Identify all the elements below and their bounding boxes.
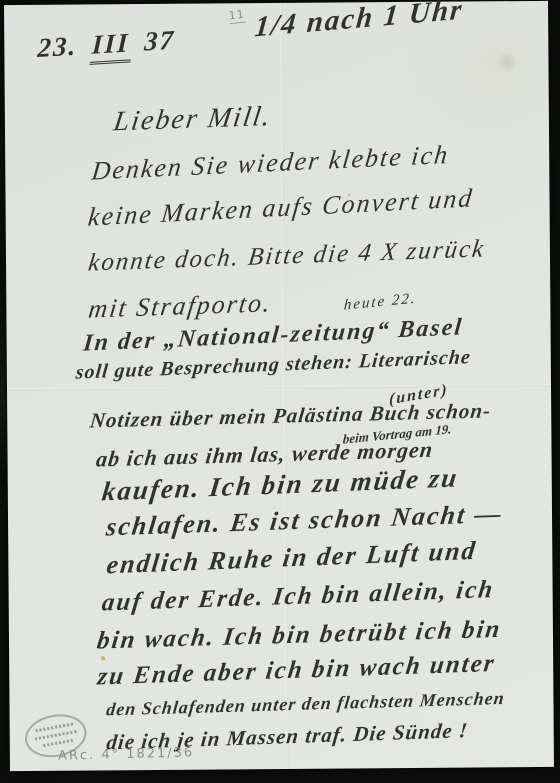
date-day: 23. <box>37 30 78 63</box>
date-month-roman: III <box>89 27 132 65</box>
paper-speck <box>101 656 105 660</box>
handwriting-line: den Schlafenden unter den flachsten Mens… <box>105 689 505 719</box>
handwriting-line: Denken Sie wieder klebte ich <box>90 142 450 185</box>
letter-date: 23. III 37 <box>37 27 176 62</box>
handwriting-line: kaufen. Ich bin zu müde zu <box>101 464 461 505</box>
handwriting-line: endlich Ruhe in der Luft und <box>105 538 478 579</box>
letter-salutation: Lieber Mill. <box>112 103 274 137</box>
horizontal-fold-crease <box>7 384 551 391</box>
handwriting-line: bin wach. Ich bin betrübt ich bin <box>96 617 503 654</box>
letter-page: 11 1/4 nach 1 Uhr 23. III 37 Lieber Mill… <box>4 1 554 771</box>
handwriting-line: schlafen. Es ist schon Nacht — <box>105 501 505 541</box>
handwriting-line: konnte doch. Bitte die 4 X zurück <box>87 236 487 275</box>
paper-stain <box>498 49 516 75</box>
stamp-text-row <box>43 739 73 747</box>
insertion-note-heute: heute 22. <box>343 292 417 314</box>
archive-shelfmark: ARc. 4° 1821/36 <box>58 745 195 763</box>
handwriting-line: auf der Erde. Ich bin allein, ich <box>100 577 495 615</box>
handwriting-line: zu Ende aber ich bin wach unter <box>96 651 497 690</box>
folio-number: 11 <box>228 8 246 25</box>
letter-time-note: 1/4 nach 1 Uhr <box>253 0 464 42</box>
date-year: 37 <box>144 25 176 57</box>
handwriting-line: mit Strafporto. <box>87 290 273 322</box>
